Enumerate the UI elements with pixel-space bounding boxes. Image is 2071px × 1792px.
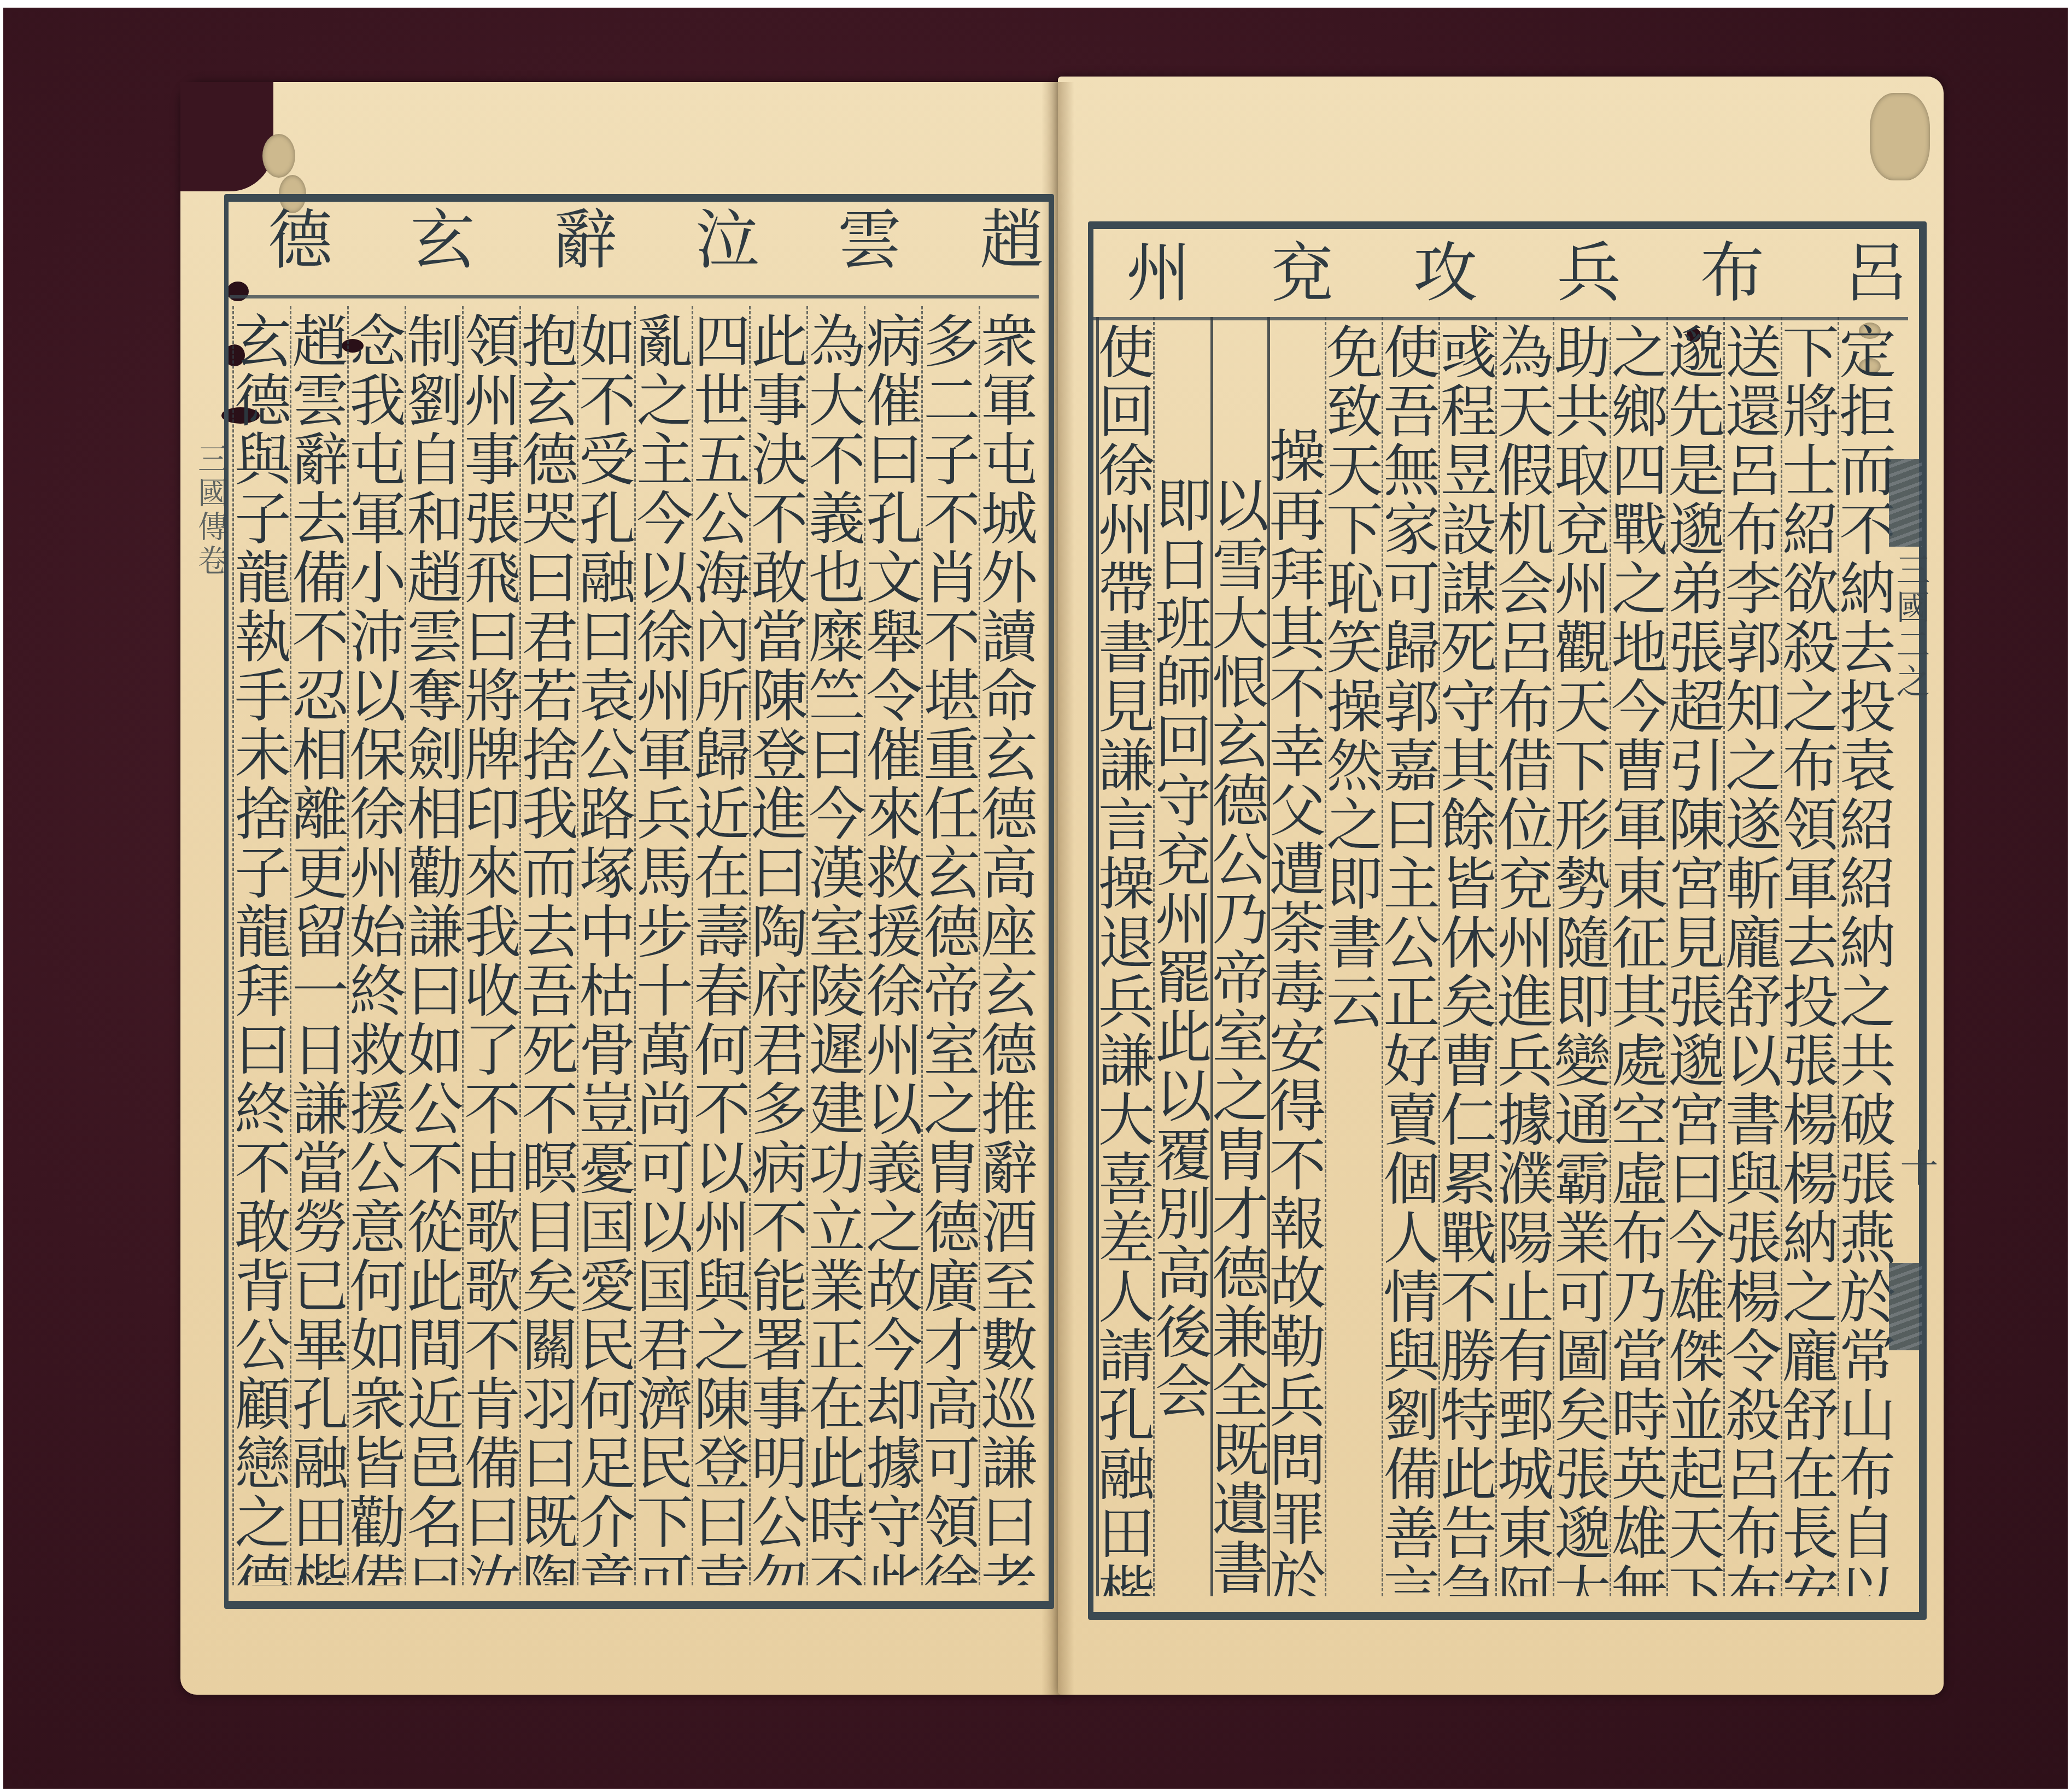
fishtail-mark	[1889, 459, 1922, 547]
heading-char: 州	[1126, 241, 1191, 323]
text-column: 送還呂布李郭知之遂斬龐舒以書與張楊令殺呂布布棄張楊去投張	[1723, 317, 1780, 1596]
text-column: 四世五公海內所歸近在壽春何不以州與之陳登曰袁公路驕奢非治	[692, 306, 749, 1585]
text-column: 使吾無家可歸郭嘉曰主公正好賣個人情與劉備善言退軍去復兗州	[1382, 317, 1438, 1596]
text-column: 為大不義也糜竺曰今漢室陵遲建功立業正在此時不可辭也玄德曰	[806, 306, 864, 1585]
text-column: 為天假机会呂布借位兗州進兵據濮陽止有鄄城東阿范縣三處賴荀	[1495, 317, 1552, 1596]
heading-char: 玄	[410, 208, 475, 290]
text-column: 免致天下恥笑操然之即書云	[1325, 317, 1382, 1596]
text-column: 玄德與子龍執手未捨子龍拜曰終不敢背公顧戀之德也洒淚辭別而	[232, 306, 290, 1585]
text-column: 下將士紹欲殺之布領軍去投張楊楊納之龐舒在長安城中私藏妻小	[1781, 317, 1838, 1596]
torn-corner-left	[180, 82, 273, 191]
wormhole	[262, 134, 295, 178]
text-column: 之鄉四戰之地今曹軍東征其處空虛布乃當時英雄無比之士若容收	[1610, 317, 1666, 1596]
text-column: 邈先是邈弟張超引陳宮見張邈宮曰今雄傑並起天下分崩君以千里	[1666, 317, 1723, 1596]
text-column: 念我屯軍小沛以保徐州始終救援公意何如衆皆勸備留小沛備從之	[347, 306, 405, 1585]
text-column: 此事決不敢當陳登進曰陶府君多病不能署事明公勿辭備曰袁公路	[749, 306, 806, 1585]
right-chapter-heading: 呂 布 兵 攻 兗 州	[1110, 241, 1924, 323]
left-chapter-heading: 趙 雲 泣 辭 玄 德	[251, 208, 1061, 290]
left-header-rule	[230, 295, 1039, 298]
letter-quote-column: 操再拜其不幸父遭荼毒安得不報故勒兵問罪於陶謙欲雪滅族	[1267, 317, 1324, 1596]
text-column: 趙雲辭去備不忍相離更留一日謙當勞已畢孔融田楷各自引軍去了	[290, 306, 347, 1585]
right-page-text-columns: 定拒而不納去投袁紹紹納之共破張燕於常山布自以為得志傲慢手 下將士紹欲殺之布領軍去…	[1096, 317, 1894, 1596]
text-column: 定拒而不納去投袁紹紹納之共破張燕於常山布自以為得志傲慢手	[1838, 317, 1894, 1596]
heading-char: 兗	[1269, 241, 1334, 323]
text-column: 制劉自和趙雲奪劍相勸謙曰如公不從此間近邑名曰小沛玄德若肯	[405, 306, 462, 1585]
text-column: 亂之主今以徐州軍兵馬步十萬尚可以国君濟民下可以轄地守境何	[634, 306, 692, 1585]
text-column: 領州事張飛曰將牌印來我收了不由歌歌不肯備曰汝等陷我於不義	[462, 306, 519, 1585]
heading-char: 布	[1700, 241, 1765, 323]
text-column: 助共取兗州觀天下形勢隨即變通霸業可圖矣張邈大喜去迎呂佈以	[1553, 317, 1610, 1596]
heading-char: 兵	[1557, 241, 1621, 323]
heading-char: 泣	[695, 208, 759, 290]
page-number: 十	[1889, 1148, 1944, 1190]
text-column: 抱玄德哭曰君若捨我而去吾死不瞑目矣關羽曰既陶府君相留且權	[519, 306, 577, 1585]
heading-char: 呂	[1844, 241, 1908, 323]
heading-char: 辭	[553, 208, 617, 290]
heading-char: 趙	[980, 208, 1044, 290]
heading-char: 攻	[1413, 241, 1478, 323]
text-column: 衆軍屯城外讀命玄德高座玄德推辭酒至數巡謙曰老夫年邁精力衰	[979, 306, 1036, 1585]
text-column: 病催曰孔文舉令催來救援徐州以義之故今却據守此城人不知者以	[864, 306, 921, 1585]
fold-book-title: 三國二之	[1886, 552, 1935, 701]
fishtail-mark	[1889, 1263, 1922, 1350]
left-margin-book-title: 三國傳卷	[189, 443, 232, 578]
heading-char: 雲	[838, 208, 902, 290]
heading-char: 德	[268, 208, 332, 290]
wormhole	[1870, 93, 1930, 180]
letter-quote-column: 即日班師回守兗州罷此以覆別高後会	[1153, 317, 1210, 1596]
text-column: 彧程昱設謀死守其餘皆休矣曹仁累戰不勝特此告急操曰兗州有失	[1438, 317, 1495, 1596]
text-column: 如不受孔融曰袁公路塚中枯骨豈憂国愛民何足介意備冬報不受謙	[577, 306, 634, 1585]
text-column: 使回徐州帶書見謙言操退兵謙大喜差人請孔融田楷関羽等軍入城	[1096, 317, 1153, 1596]
left-page-text-columns: 衆軍屯城外讀命玄德高座玄德推辭酒至數巡謙曰老夫年邁精力衰 多二子不肖不堪重任玄德…	[232, 306, 1036, 1585]
letter-quote-column: 以雪大恨玄德公乃帝室之胄才德兼全既遺書喻我以天下之重	[1210, 317, 1267, 1596]
text-column: 多二子不肖不堪重任玄德帝室之胄德廣才高可領徐州老夫乞閑養	[921, 306, 979, 1585]
